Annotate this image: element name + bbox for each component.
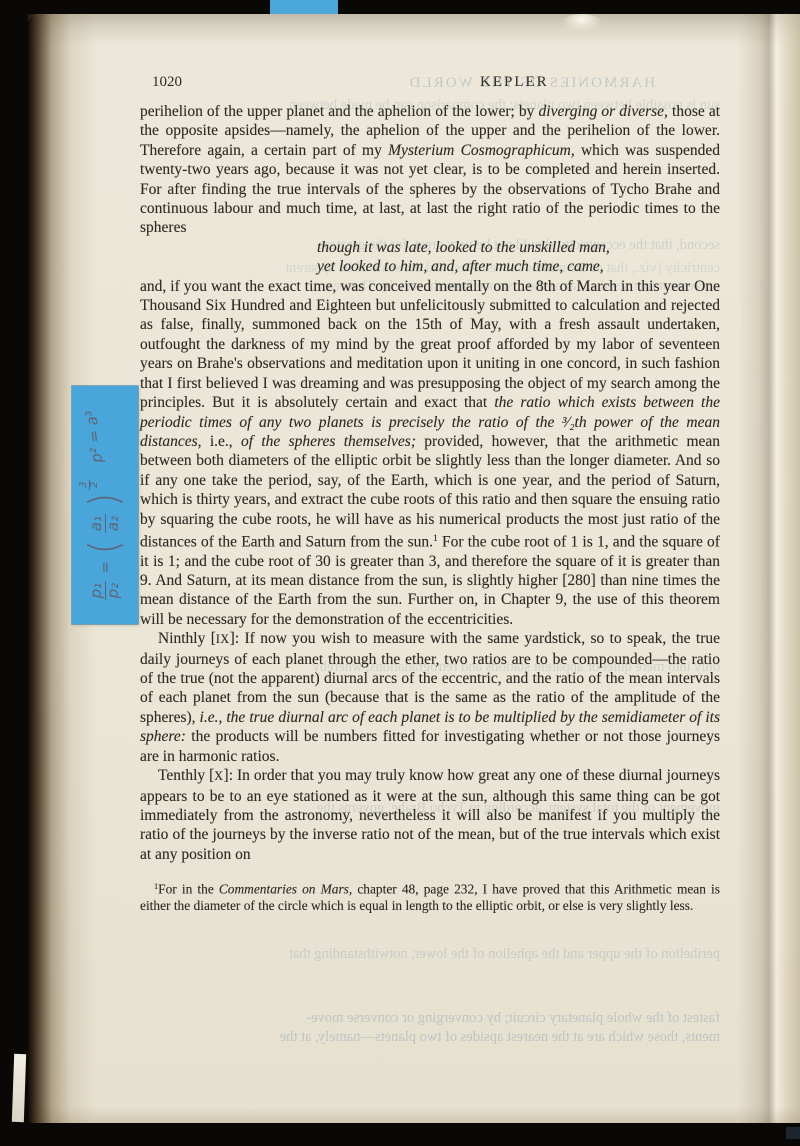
exponent-three-halves: 3 2 <box>79 480 100 490</box>
text-segment: the products will be numbers fitted for … <box>140 728 720 764</box>
page-content: 1020 KEPLER perihelion of the upper plan… <box>140 74 720 928</box>
scanned-book-photo: HARMONIES OF THE WORLDsun is possible be… <box>0 0 800 1146</box>
text-segment: Commentaries on Mars, <box>219 882 352 897</box>
text-segment: diverging or diverse, <box>539 103 668 120</box>
open-paren: ( <box>89 540 121 554</box>
paragraph: Ninthly [ix]: If now you wish to measure… <box>140 629 720 766</box>
fraction-numerator: a₁ <box>89 514 106 533</box>
verse-line: yet looked to him, and, after much time,… <box>317 257 720 276</box>
page-bottom-shadow <box>28 1107 800 1123</box>
fraction-numerator: p₁ <box>89 581 106 601</box>
text-segment: ix <box>216 632 230 646</box>
page-top-shadow <box>28 14 800 48</box>
text-segment: i.e., <box>202 433 241 450</box>
distance-ratio-fraction: a₁ a₂ <box>89 514 122 533</box>
corner-notch <box>786 1127 800 1139</box>
exponent-denominator: 2 <box>90 480 100 490</box>
text-segment: For in the <box>158 882 219 897</box>
running-title: KEPLER <box>480 74 549 91</box>
fraction-denominator: a₂ <box>106 514 122 533</box>
text-segment: perihelion of the upper planet and the a… <box>140 103 539 120</box>
paragraph: and, if you want the exact time, was con… <box>140 277 720 630</box>
exponent-numerator: 3 <box>79 480 90 490</box>
under-pages-edge <box>12 1054 26 1122</box>
text-segment: Mysterium Cosmographicum, <box>388 142 575 159</box>
text-segment: and, if you want the exact time, was con… <box>140 278 720 411</box>
third-law-shorthand: p² = a³ <box>82 409 106 464</box>
page-number: 1020 <box>152 74 182 91</box>
paragraph: Tenthly [x]: In order that you may truly… <box>140 766 720 864</box>
equals-sign: = <box>96 561 114 574</box>
page-header: 1020 KEPLER <box>140 74 720 93</box>
fraction-denominator: p₂ <box>106 581 122 601</box>
paragraph: perihelion of the upper planet and the a… <box>140 102 720 238</box>
page-curl-mark <box>562 14 602 32</box>
body-text: perihelion of the upper planet and the a… <box>140 102 720 864</box>
sticky-note: p₁ p₂ = ( a₁ a₂ ) 3 2 p² = a³ <box>72 386 138 624</box>
page-right-crease <box>738 14 800 1123</box>
verse-line: though it was late, looked to the unskil… <box>317 238 720 257</box>
period-ratio-fraction: p₁ p₂ <box>89 581 122 601</box>
footnote: 1For in the Commentaries on Mars, chapte… <box>140 879 720 915</box>
text-segment: ]: In order that you may truly know how … <box>140 767 720 863</box>
close-paren: ) <box>89 493 121 507</box>
text-segment: Ninthly [ <box>158 630 216 647</box>
sticky-note-formula: p₁ p₂ = ( a₁ a₂ ) 3 2 p² = a³ <box>72 386 138 624</box>
text-segment: of the spheres themselves; <box>241 433 416 450</box>
text-segment: Tenthly [ <box>158 767 214 784</box>
text-segment: x <box>214 769 223 783</box>
